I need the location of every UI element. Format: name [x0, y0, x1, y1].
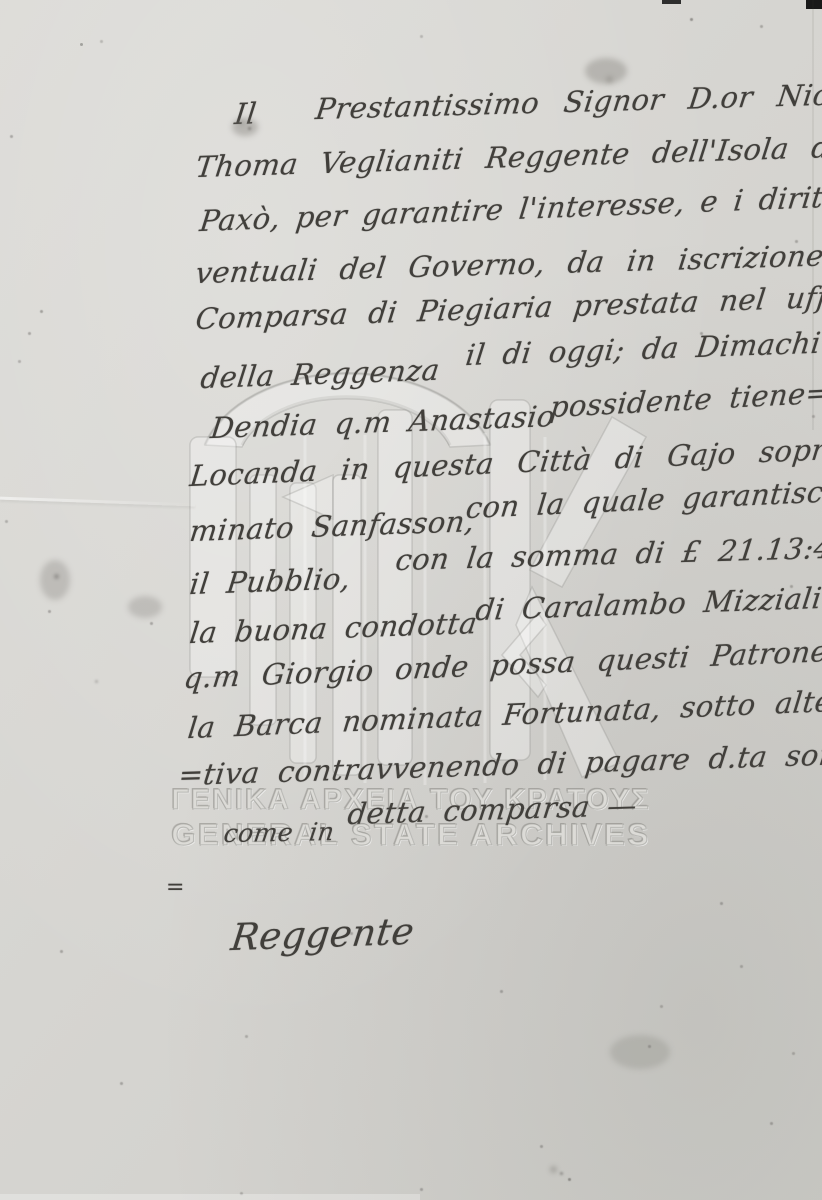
- manuscript-line-15a: come in: [222, 817, 336, 848]
- scan-black-corner-mark: [806, 0, 822, 9]
- paper-stain: [40, 560, 70, 600]
- manuscript-line-10a: il Pubblio,: [188, 561, 353, 601]
- signature-reggente: Reggente: [229, 910, 417, 960]
- scan-black-edge-mark: [662, 0, 681, 4]
- paper-stain: [610, 1035, 670, 1069]
- manuscript-equals-mark: =: [166, 875, 185, 900]
- manuscript-line-1b: Prestantissimo Signor D.or Niccolò: [314, 76, 822, 126]
- bottom-edge-highlight: [0, 1194, 420, 1200]
- paper-stain: [232, 118, 258, 136]
- paper-speckles: [80, 43, 83, 46]
- paper-stain: [585, 58, 627, 84]
- paper-stain: [128, 596, 162, 618]
- manuscript-page: ΓΕΝΙΚΑ ΑΡΧΕΙΑ ΤΟΥ ΚΡΑΤΟΥΣ GENERAL STATE …: [0, 0, 822, 1200]
- manuscript-line-3: Paxò, per garantire l'interesse, e i dir…: [198, 177, 822, 238]
- right-edge-crease: [812, 0, 814, 430]
- manuscript-line-4: ventuali del Governo, da in iscrizione l…: [194, 237, 822, 290]
- manuscript-line-2: Thoma Veglianiti Reggente dell'Isola di …: [194, 128, 822, 184]
